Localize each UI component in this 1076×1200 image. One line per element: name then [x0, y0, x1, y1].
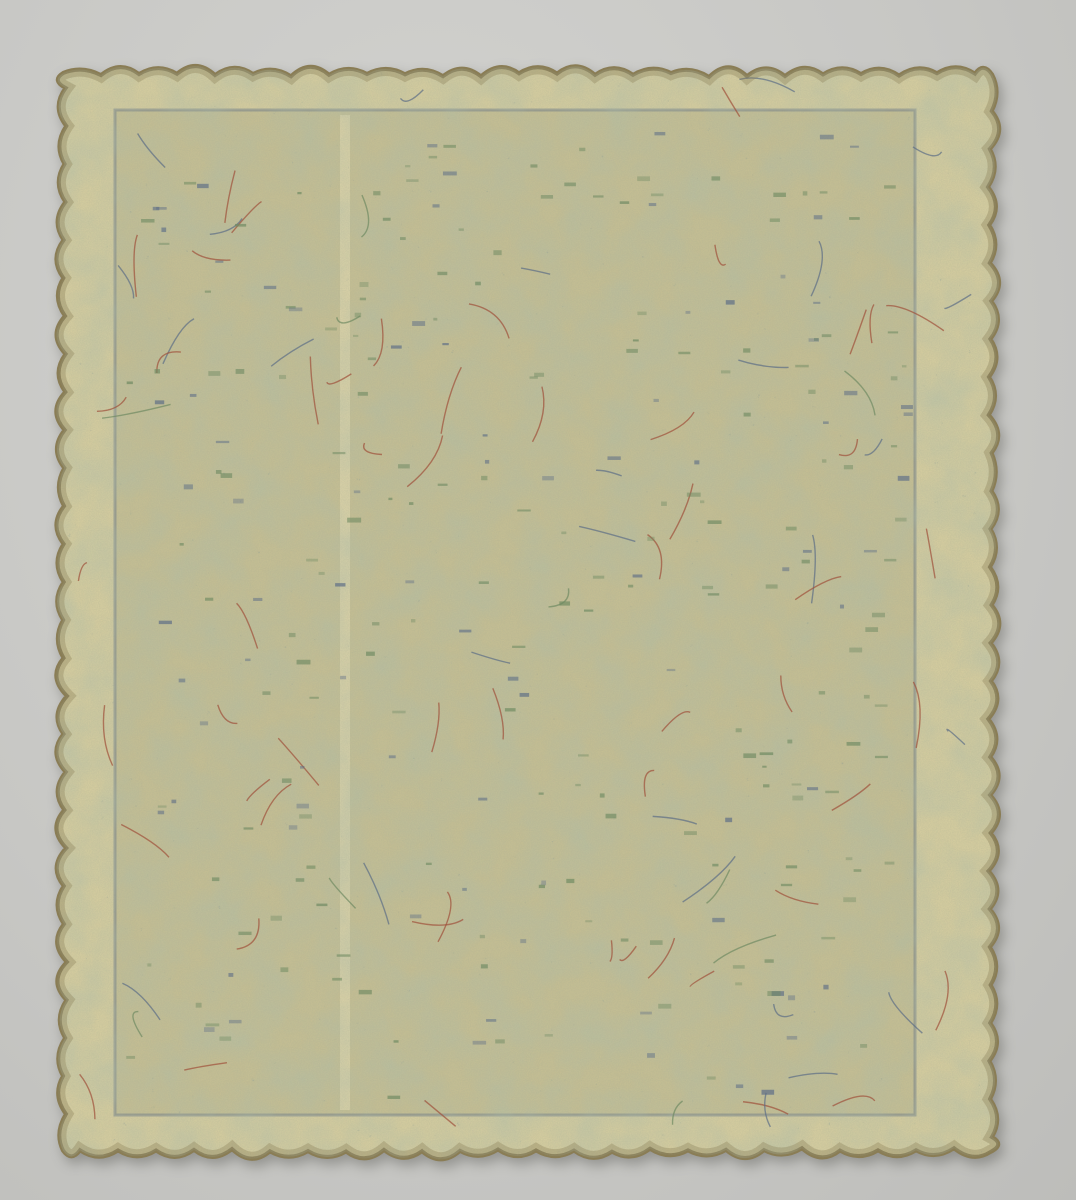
stamp-illustration [45, 55, 1010, 1170]
stamp-paper [45, 55, 1010, 1170]
postage-stamp-reverse [45, 55, 1010, 1170]
